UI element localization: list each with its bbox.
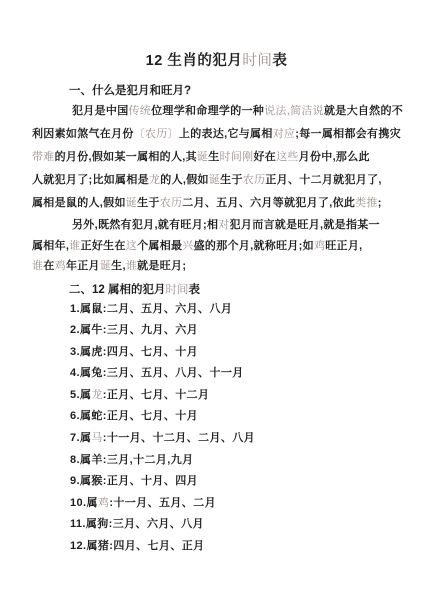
list-item-2: 2.属牛:三月、九月、六月 [32, 320, 401, 342]
text-segment: 生 [208, 151, 219, 163]
text-segment: 生, [111, 260, 126, 272]
light-red-char: 时间 [242, 53, 272, 69]
text-segment: 的月份,假如某一属相的人,其 [55, 151, 197, 163]
text-segment: 二、12 属相的犯月 [69, 284, 166, 296]
light-red-char: 〔农历〕 [134, 128, 179, 140]
light-red-char: 说法,简洁说 [264, 105, 324, 117]
text-segment: 的人,假如 [160, 174, 209, 186]
text-segment: 上的表达,它与属相 [179, 128, 273, 140]
light-red-char: 这些 [276, 151, 299, 163]
text-segment: 2.属牛:三月、九月、六月 [70, 324, 198, 336]
text-segment: 10.属 [70, 497, 98, 509]
text-segment: 在 [43, 260, 54, 272]
text-segment: 旺正月, [325, 240, 362, 252]
list-item-7: 7.属马:十一月、十二月、二月、八月 [32, 428, 401, 450]
paragraph-1-line-3: 带难的月份,假如某一属相的人,其诞生时间刚好在这些月份中,那么此 [32, 146, 401, 169]
light-red-char: 龙 [149, 174, 160, 186]
paragraph-1-line-1: 犯月是中国传统位理学和命理学的一种说法,简洁说就是大自然的不 [32, 100, 401, 123]
list-item-6: 6.属蛇:正月、七月、十月 [32, 406, 401, 428]
text-segment: :十一月、十二月、二月、八月 [103, 432, 255, 444]
text-segment: 正月、十二月就犯月了, [265, 174, 381, 186]
light-red-char: 诞 [100, 260, 111, 272]
light-red-char: 鸡 [55, 260, 66, 272]
text-segment: 12.属猪:四月、七月、正月 [70, 540, 205, 552]
light-red-char: 诞 [197, 151, 208, 163]
text-segment: :十一月、五月、二月 [109, 497, 216, 509]
list-item-10: 10.属鸡:十一月、五月、二月 [32, 493, 401, 515]
list-item-1: 1.属鼠:二月、五月、六月、八月 [32, 299, 401, 321]
text-segment: 生于 [137, 197, 160, 209]
light-red-char: 谁 [126, 260, 137, 272]
text-segment: 盛的那个月,就称旺月;如 [194, 240, 314, 252]
text-segment: 12 生肖的犯月 [146, 53, 243, 69]
text-segment: 犯月而言就是旺月,就是指某一 [230, 219, 380, 231]
light-red-char: 诞 [209, 174, 220, 186]
light-red-char: 这 [126, 240, 137, 252]
text-segment: :正月、七月、十二月 [103, 389, 210, 401]
light-red-char: 谁 [69, 240, 80, 252]
text-segment: 月份中,那么此 [299, 151, 370, 163]
text-segment: ; [378, 197, 382, 209]
text-segment: 7.属 [70, 432, 91, 444]
text-segment: 年正月 [66, 260, 100, 272]
text-segment: 8.属羊:三月,十二月,九月 [70, 454, 194, 466]
text-segment: ;每一属相都会有携灾 [295, 128, 401, 140]
text-segment: 表 [189, 284, 201, 296]
text-segment: 好在 [253, 151, 276, 163]
text-segment: 属相是鼠的人,假如 [32, 197, 126, 209]
light-red-char: 对应 [273, 128, 296, 140]
list-item-11: 11.属狗:三月、六月、八月 [32, 514, 401, 536]
list-item-8: 8.属羊:三月,十二月,九月 [32, 450, 401, 472]
text-segment: 9.属猴:正月、十月、四月 [70, 475, 198, 487]
section-1-heading: 一、什么是犯月和旺月? [32, 82, 401, 100]
list-item-3: 3.属虎:四月、七月、十月 [32, 342, 401, 364]
text-segment: 表 [272, 53, 287, 69]
text-segment: 另外,既然有犯月,就有旺月;相 [72, 219, 218, 231]
text-segment: 人就犯月了;比如属相是 [32, 174, 149, 186]
light-red-char: 谁 [32, 260, 43, 272]
list-item-12: 12.属猪:四月、七月、正月 [32, 536, 401, 558]
light-red-char: 农历 [243, 174, 266, 186]
light-red-char: 时间刚 [220, 151, 254, 163]
doc-title: 12 生肖的犯月时间表 [32, 52, 401, 71]
light-red-char: 农历 [160, 197, 183, 209]
light-red-char: 兴 [182, 240, 193, 252]
text-segment: 就是大自然的不 [324, 105, 403, 117]
light-red-char: 龙 [91, 389, 102, 401]
section-2-heading: 二、12 属相的犯月时间表 [32, 281, 401, 299]
paragraph-1-line-4: 人就犯月了;比如属相是龙的人,假如诞生于农历正月、十二月就犯月了, [32, 169, 401, 192]
document-body: 12 生肖的犯月时间表一、什么是犯月和旺月?犯月是中国传统位理学和命理学的一种说… [0, 0, 423, 558]
paragraph-2-line-1: 另外,既然有犯月,就有旺月;相对犯月而言就是旺月,就是指某一 [32, 215, 401, 236]
text-segment: 5.属 [70, 389, 91, 401]
light-red-char: 鸡 [98, 497, 109, 509]
text-segment: 生于 [220, 174, 243, 186]
text-segment: 4.属兔:三月、五月、八月、十一月 [70, 367, 244, 379]
list-item-5: 5.属龙:正月、七月、十二月 [32, 385, 401, 407]
text-segment: 利因素如煞气在月份 [32, 128, 134, 140]
text-segment: 11.属狗:三月、六月、八月 [70, 518, 204, 530]
light-red-char: 传统 [129, 105, 152, 117]
light-red-char: 类推 [355, 197, 378, 209]
text-segment: 就是旺月; [137, 260, 186, 272]
text-segment: 1.属鼠:二月、五月、六月、八月 [70, 303, 232, 315]
light-red-char: 鸡 [314, 240, 325, 252]
paragraph-2-line-2: 属相年,谁正好生在这个属相最兴盛的那个月,就称旺月;如鸡旺正月, [32, 236, 401, 257]
text-segment: 二月、五月、六月等就犯月了,依此 [182, 197, 355, 209]
light-red-char: 时间 [166, 284, 189, 296]
text-segment: 个属相最 [137, 240, 182, 252]
light-red-char: 诞 [126, 197, 137, 209]
paragraph-1-line-5: 属相是鼠的人,假如诞生于农历二月、五月、六月等就犯月了,依此类推; [32, 192, 401, 215]
light-red-char: 马 [91, 432, 102, 444]
text-segment: 犯月是中国 [72, 105, 129, 117]
text-segment: 正好生在 [81, 240, 126, 252]
light-red-char: 对 [218, 219, 229, 231]
list-item-9: 9.属猴:正月、十月、四月 [32, 471, 401, 493]
text-segment: 6.属蛇:正月、七月、十月 [70, 410, 198, 422]
text-segment: 一、什么是犯月和旺月? [69, 85, 191, 97]
text-segment: 位理学和命理学的一种 [151, 105, 264, 117]
light-red-char: 带难 [32, 151, 55, 163]
document-page: 12 生肖的犯月时间表一、什么是犯月和旺月?犯月是中国传统位理学和命理学的一种说… [0, 0, 423, 600]
list-item-4: 4.属兔:三月、五月、八月、十一月 [32, 363, 401, 385]
paragraph-1-line-2: 利因素如煞气在月份〔农历〕上的表达,它与属相对应;每一属相都会有携灾 [32, 123, 401, 146]
text-segment: 属相年, [32, 240, 69, 252]
paragraph-2-line-3: 谁在鸡年正月诞生,谁就是旺月; [32, 256, 401, 277]
text-segment: 3.属虎:四月、七月、十月 [70, 346, 198, 358]
